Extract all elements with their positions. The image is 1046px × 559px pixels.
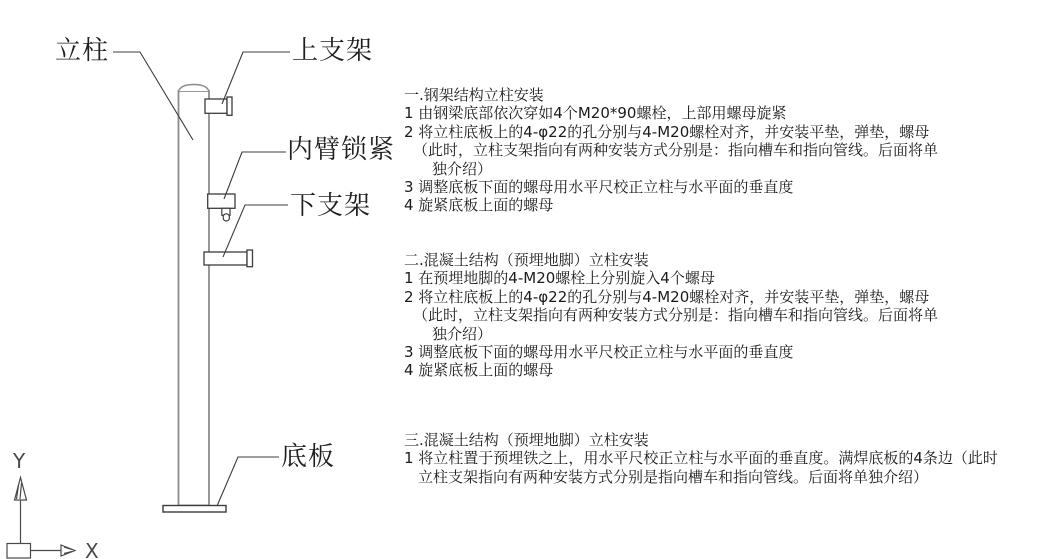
cad-canvas: 立柱 上支架 内臂锁紧 下支架 底板 Y X 一.钢架结构立柱安装 1 由钢梁底… — [0, 0, 1046, 559]
section-title: 一.钢架结构立柱安装 — [404, 86, 874, 104]
instruction-line: 1 在预埋地脚的4-M20螺栓上分别旋入4个螺母 — [404, 269, 874, 287]
y-axis-label: Y — [13, 451, 25, 471]
instruction-line: 1 由钢梁底部依次穿如4个M20*90螺栓，上部用螺母旋紧 — [404, 104, 874, 122]
instruction-line: 3 调整底板下面的螺母用水平尺校正立柱与水平面的垂直度 — [404, 343, 874, 361]
instruction-line: 独介绍） — [404, 160, 874, 178]
lower-bracket-endcap — [247, 250, 253, 267]
x-axis-label: X — [85, 541, 99, 559]
ucs-origin-box — [7, 544, 31, 559]
instruction-line: 4 旋紧底板上面的螺母 — [404, 361, 874, 379]
instruction-line: 1 将立柱置于预埋铁之上，用水平尺校正立柱与水平面的垂直度。满焊底板的4条边（此… — [404, 449, 874, 467]
lower-bracket-label: 下支架 — [290, 193, 371, 219]
base-plate-shape — [163, 506, 226, 513]
x-axis-arrowhead — [61, 545, 75, 556]
upper-bracket-endcap — [227, 97, 232, 115]
inner-arm-lock-label: 内臂锁紧 — [287, 137, 395, 163]
instruction-line: （此时，立柱支架指向有两种安装方式分别是：指向槽车和指向管线。后面将单 — [404, 306, 874, 324]
section-title: 二.混凝土结构（预埋地脚）立柱安装 — [404, 251, 874, 269]
section-title: 三.混凝土结构（预埋地脚）立柱安装 — [404, 431, 874, 449]
column-top-dome — [179, 85, 209, 92]
instruction-line: 独介绍） — [404, 325, 874, 343]
column-label: 立柱 — [55, 38, 109, 64]
instructions-section-steel-frame: 一.钢架结构立柱安装 1 由钢梁底部依次穿如4个M20*90螺栓，上部用螺母旋紧… — [404, 86, 874, 215]
upper-bracket-label: 上支架 — [292, 38, 373, 64]
instruction-line: （此时，立柱支架指向有两种安装方式分别是：指向槽车和指向管线。后面将单 — [404, 141, 874, 159]
lower-bracket-shape — [204, 252, 247, 265]
instruction-line: 立柱支架指向有两种安装方式分别是指向槽车和指向管线。后面将单独介绍） — [404, 468, 874, 486]
base-plate-leader-line — [217, 457, 279, 506]
lower-bracket-leader-line — [223, 205, 288, 257]
upper-bracket-leader-line — [222, 52, 290, 104]
instruction-line: 2 将立柱底板上的4-φ22的孔分别与4-M20螺栓对齐，并安装平垫，弹垫，螺母 — [404, 123, 874, 141]
instruction-line: 2 将立柱底板上的4-φ22的孔分别与4-M20螺栓对齐，并安装平垫，弹垫，螺母 — [404, 288, 874, 306]
ucs-icon — [7, 478, 75, 559]
base-plate-label: 底板 — [281, 444, 335, 470]
inner-arm-lock-knob — [223, 214, 229, 221]
inner-arm-lock-shape — [208, 194, 235, 208]
inner-arm-lock-leader-line — [224, 152, 286, 199]
instruction-line: 4 旋紧底板上面的螺母 — [404, 196, 874, 214]
instructions-section-concrete-plate: 三.混凝土结构（预埋地脚）立柱安装 1 将立柱置于预埋铁之上，用水平尺校正立柱与… — [404, 431, 874, 486]
instruction-line: 3 调整底板下面的螺母用水平尺校正立柱与水平面的垂直度 — [404, 178, 874, 196]
column-body — [179, 91, 210, 506]
instructions-section-concrete-embedded: 二.混凝土结构（预埋地脚）立柱安装 1 在预埋地脚的4-M20螺栓上分别旋入4个… — [404, 251, 874, 380]
